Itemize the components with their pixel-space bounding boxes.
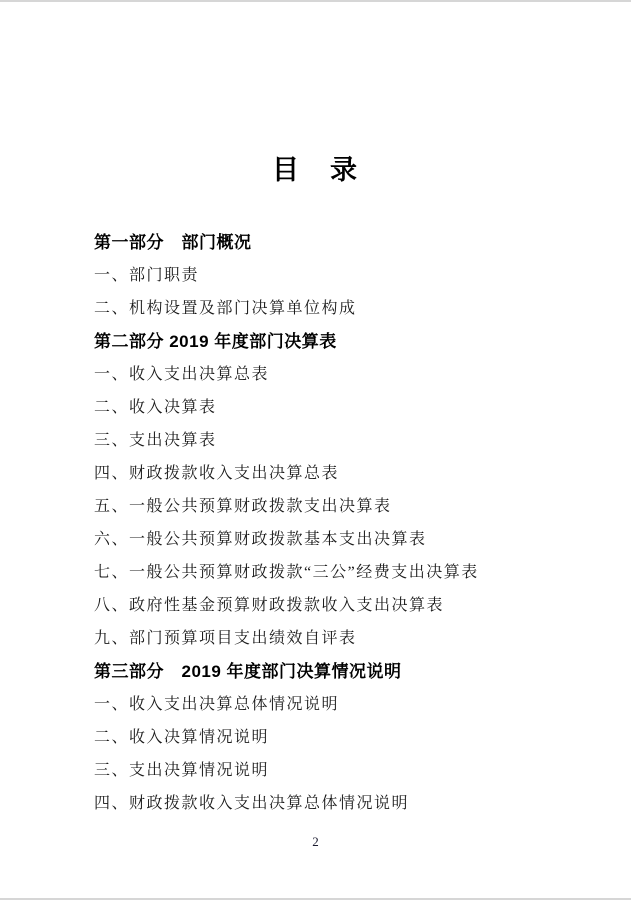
- page-top-edge: [0, 0, 631, 2]
- toc-title: 目 录: [0, 150, 631, 190]
- toc-item: 四、财政拨款收入支出决算总体情况说明: [94, 787, 571, 820]
- toc-item: 一、收入支出决算总表: [94, 358, 571, 391]
- toc-item: 二、收入决算情况说明: [94, 721, 571, 754]
- section-heading-part3: 第三部分 2019 年度部门决算情况说明: [94, 655, 571, 688]
- toc-item: 一、部门职责: [94, 259, 571, 292]
- table-of-contents: 第一部分 部门概况 一、部门职责 二、机构设置及部门决算单位构成 第二部分 20…: [0, 226, 631, 820]
- toc-item: 四、财政拨款收入支出决算总表: [94, 457, 571, 490]
- section-heading-part1: 第一部分 部门概况: [94, 226, 571, 259]
- toc-item: 八、政府性基金预算财政拨款收入支出决算表: [94, 589, 571, 622]
- toc-item: 三、支出决算表: [94, 424, 571, 457]
- toc-item: 二、收入决算表: [94, 391, 571, 424]
- toc-item: 九、部门预算项目支出绩效自评表: [94, 622, 571, 655]
- toc-item: 五、一般公共预算财政拨款支出决算表: [94, 490, 571, 523]
- document-page: 目 录 第一部分 部门概况 一、部门职责 二、机构设置及部门决算单位构成 第二部…: [0, 0, 631, 900]
- toc-item: 六、一般公共预算财政拨款基本支出决算表: [94, 523, 571, 556]
- toc-item: 三、支出决算情况说明: [94, 754, 571, 787]
- toc-item: 二、机构设置及部门决算单位构成: [94, 292, 571, 325]
- page-number: 2: [0, 834, 631, 850]
- section-heading-part2: 第二部分 2019 年度部门决算表: [94, 325, 571, 358]
- toc-item: 一、收入支出决算总体情况说明: [94, 688, 571, 721]
- toc-item: 七、一般公共预算财政拨款“三公”经费支出决算表: [94, 556, 571, 589]
